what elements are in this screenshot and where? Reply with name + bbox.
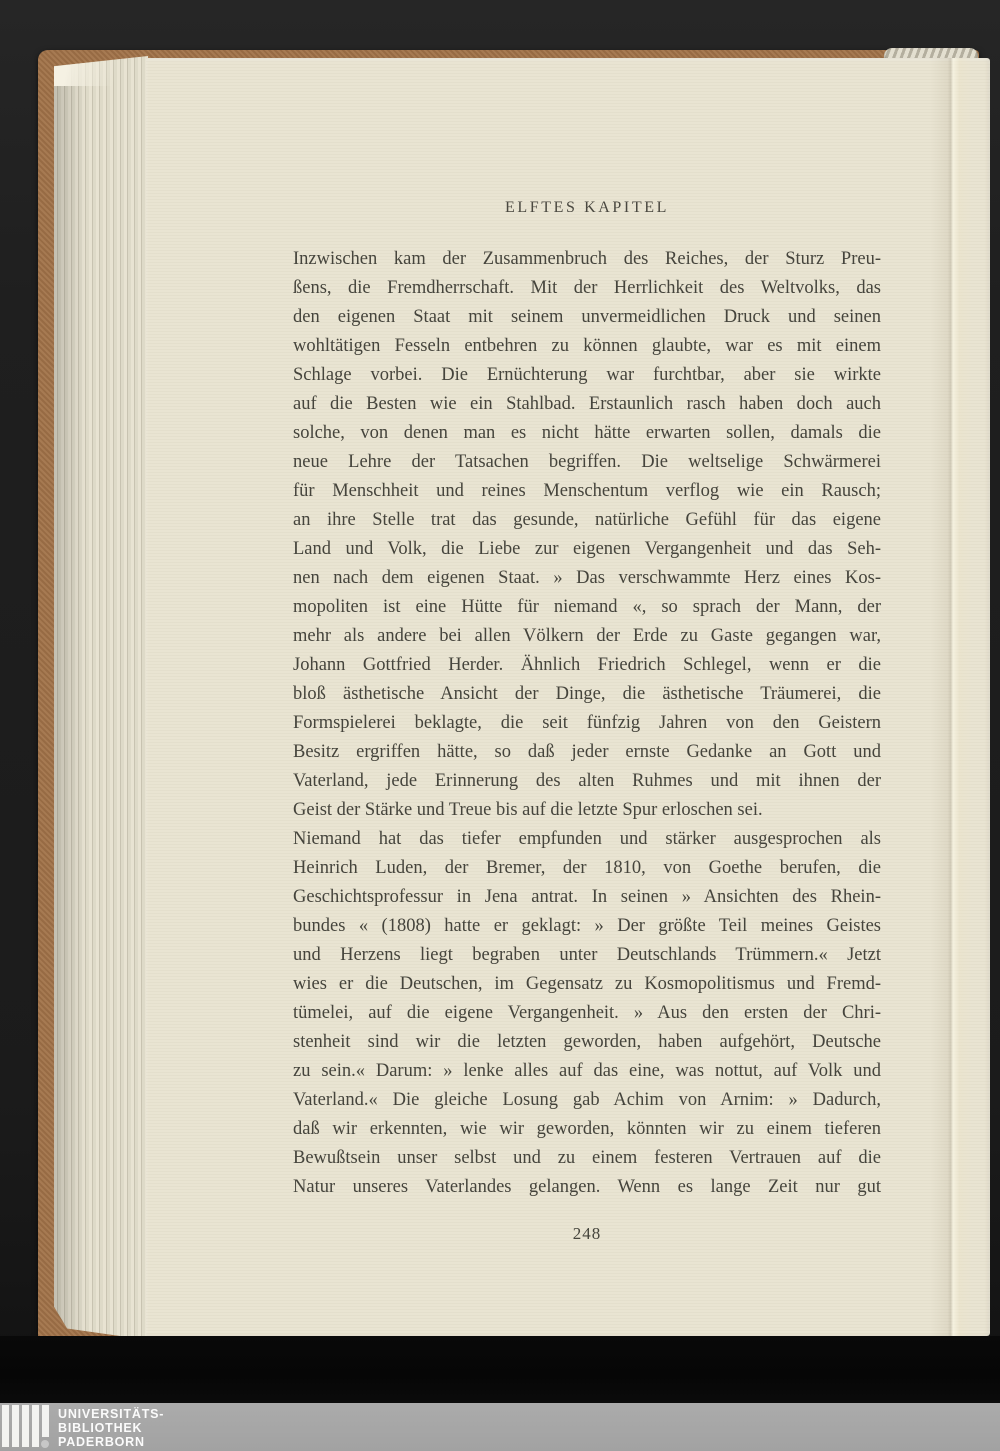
text-line: und Herzens liegt begraben unter Deutsch… xyxy=(293,941,881,970)
page-number: 248 xyxy=(293,1224,881,1244)
scan-background: { "page": { "heading": "ELFTES KAPITEL",… xyxy=(0,0,1000,1451)
page-gutter-crease xyxy=(930,58,972,1336)
logo-dot xyxy=(41,1440,49,1448)
text-line: Heinrich Luden, der Bremer, der 1810, vo… xyxy=(293,854,881,883)
text-line: an ihre Stelle trat das gesunde, natürli… xyxy=(293,506,881,535)
library-footer: UNIVERSITÄTS- BIBLIOTHEK PADERBORN xyxy=(0,1403,1000,1451)
text-line: Inzwischen kam der Zusammenbruch des Rei… xyxy=(293,245,881,274)
text-line: bloß ästhetische Ansicht der Dinge, die … xyxy=(293,680,881,709)
page-edge-stack xyxy=(54,56,148,1340)
text-line: Natur unseres Vaterlandes gelangen. Wenn… xyxy=(293,1173,881,1202)
text-line: Besitz ergriffen hätte, so daß jeder ern… xyxy=(293,738,881,767)
library-name-line: UNIVERSITÄTS- xyxy=(58,1407,164,1421)
library-logo-bars-icon xyxy=(0,1403,54,1451)
text-line: den eigenen Staat mit seinem unvermeidli… xyxy=(293,303,881,332)
book-scan: ELFTES KAPITEL Inzwischen kam der Zusamm… xyxy=(0,0,1000,1451)
text-line: Niemand hat das tiefer empfunden und stä… xyxy=(293,825,881,854)
book-page: ELFTES KAPITEL Inzwischen kam der Zusamm… xyxy=(146,58,990,1336)
text-line: neue Lehre der Tatsachen begriffen. Die … xyxy=(293,448,881,477)
text-line: Geist der Stärke und Treue bis auf die l… xyxy=(293,796,881,825)
logo-bar xyxy=(12,1405,19,1447)
text-line: mehr als andere bei allen Völkern der Er… xyxy=(293,622,881,651)
logo-bar xyxy=(22,1405,29,1447)
text-line: nen nach dem eigenen Staat. » Das versch… xyxy=(293,564,881,593)
body-text: Inzwischen kam der Zusammenbruch des Rei… xyxy=(293,245,881,1202)
text-line: daß wir erkennten, wie wir geworden, kön… xyxy=(293,1115,881,1144)
text-line: Geschichtsprofessur in Jena antrat. In s… xyxy=(293,883,881,912)
text-line: Formspielerei beklagte, die seit fünfzig… xyxy=(293,709,881,738)
text-line: mopoliten ist eine Hütte für niemand «, … xyxy=(293,593,881,622)
text-line: ßens, die Fremdherrschaft. Mit der Herrl… xyxy=(293,274,881,303)
text-line: auf die Besten wie ein Stahlbad. Erstaun… xyxy=(293,390,881,419)
logo-bar xyxy=(42,1405,49,1437)
text-line: bundes « (1808) hatte er geklagt: » Der … xyxy=(293,912,881,941)
text-line: Vaterland.« Die gleiche Losung gab Achim… xyxy=(293,1086,881,1115)
text-line: tümelei, auf die eigene Vergangenheit. »… xyxy=(293,999,881,1028)
text-line: Vaterland, jede Erinnerung des alten Ruh… xyxy=(293,767,881,796)
text-line: stenheit sind wir die letzten geworden, … xyxy=(293,1028,881,1057)
text-line: Bewußtsein unser selbst und zu einem fes… xyxy=(293,1144,881,1173)
library-name-line: BIBLIOTHEK xyxy=(58,1421,164,1435)
text-line: wies er die Deutschen, im Gegensatz zu K… xyxy=(293,970,881,999)
logo-bar xyxy=(32,1405,39,1447)
text-line: für Menschheit und reines Menschentum ve… xyxy=(293,477,881,506)
text-line: Johann Gottfried Herder. Ähnlich Friedri… xyxy=(293,651,881,680)
text-line: Schlage vorbei. Die Ernüchterung war fur… xyxy=(293,361,881,390)
text-line: solche, von denen man es nicht hätte erw… xyxy=(293,419,881,448)
text-line: zu sein.« Darum: » lenke alles auf das e… xyxy=(293,1057,881,1086)
library-name: UNIVERSITÄTS- BIBLIOTHEK PADERBORN xyxy=(58,1407,164,1449)
chapter-heading: ELFTES KAPITEL xyxy=(293,199,881,217)
library-name-line: PADERBORN xyxy=(58,1435,164,1449)
text-line: wohltätigen Fesseln entbehren zu können … xyxy=(293,332,881,361)
text-line: Land und Volk, die Liebe zur eigenen Ver… xyxy=(293,535,881,564)
book-bottom-shadow xyxy=(0,1336,1000,1403)
logo-bar xyxy=(2,1405,9,1447)
